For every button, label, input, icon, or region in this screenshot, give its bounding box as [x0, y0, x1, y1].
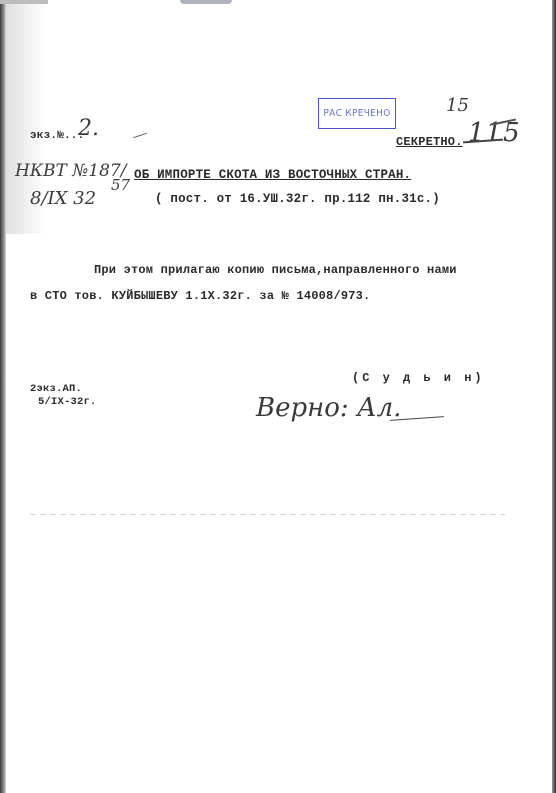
copy-label: экз.№...	[30, 130, 84, 142]
copy-number-handwritten: 2.	[78, 116, 99, 141]
registration-note-line1: НКВТ №187/	[15, 161, 126, 181]
body-line-2: в СТО тов. КУЙБЫШЕВУ 1.1Х.32г. за № 1400…	[30, 289, 370, 303]
dash-mark	[133, 133, 147, 138]
declassified-stamp: РАС КРЕЧЕНО	[318, 98, 396, 129]
stamp-text: РАС КРЕЧЕНО	[323, 108, 390, 119]
classification-label: СЕКРЕТНО.	[396, 135, 463, 149]
reference-number-top: 15	[446, 95, 469, 116]
distribution-line-2: 5/IX-32г.	[38, 396, 97, 408]
distribution-line-1: 2экз.АП.	[30, 383, 82, 395]
registration-note-line2: 8/IX 32	[30, 188, 96, 209]
signature: Верно: Ал.	[256, 393, 401, 423]
top-smudge	[180, 0, 232, 4]
body-line-1: При этом прилагаю копию письма,направлен…	[94, 263, 457, 277]
subject-reference: ( пост. от 16.УШ.32г. пр.112 пн.31с.)	[155, 192, 440, 206]
fold-line	[30, 514, 505, 515]
subject-title: ОБ ИМПОРТЕ СКОТА ИЗ ВОСТОЧНЫХ СТРАН.	[134, 168, 411, 182]
scan-edge-right	[552, 0, 556, 793]
scan-edge-top	[0, 0, 48, 4]
registration-note-line1-sub: 57	[111, 176, 130, 194]
signer-name: (С у д ь и н)	[352, 371, 485, 385]
